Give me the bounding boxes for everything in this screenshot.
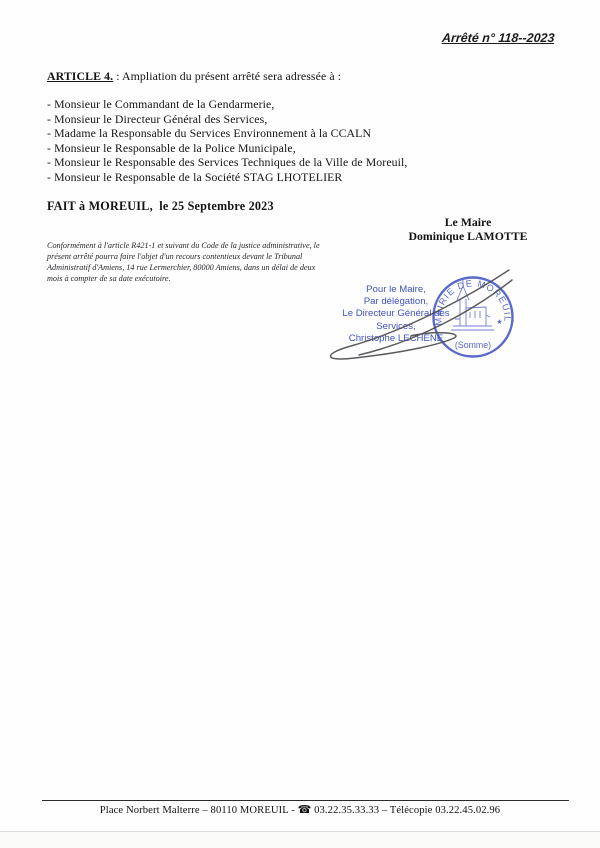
scan-bottom-band xyxy=(0,832,600,848)
legal-line: Conformément à l'article R421-1 et suiva… xyxy=(47,241,347,252)
article-4-intro: : Ampliation du présent arrêté sera adre… xyxy=(113,69,341,83)
footer-phone-fax: 03.22.35.33.33 – Télécopie 03.22.45.02.9… xyxy=(311,805,500,816)
legal-notice: Conformément à l'article R421-1 et suiva… xyxy=(47,241,347,285)
footer-divider xyxy=(42,800,569,801)
article-4-label: ARTICLE 4. xyxy=(47,69,113,83)
footer-address-line: Place Norbert Malterre – 80110 MOREUIL -… xyxy=(0,803,600,816)
phone-icon: ☎ xyxy=(298,804,312,816)
document-page: Arrêté n° 118--2023 ARTICLE 4. : Ampliat… xyxy=(0,0,600,848)
arrete-number: Arrêté n° 118--2023 xyxy=(441,31,554,45)
recipient-item: - Monsieur le Directeur Général des Serv… xyxy=(47,112,407,127)
handwritten-signature xyxy=(323,256,538,371)
recipient-item: - Madame la Responsable du Services Envi… xyxy=(47,126,407,141)
recipient-item: - Monsieur le Responsable des Services T… xyxy=(47,155,407,170)
fait-a-moreuil-line: FAIT à MOREUIL, le 25 Septembre 2023 xyxy=(47,199,274,214)
footer-address: Place Norbert Malterre – 80110 MOREUIL - xyxy=(100,805,298,816)
recipient-item: - Monsieur le Responsable de la Police M… xyxy=(47,141,407,156)
recipients-list: - Monsieur le Commandant de la Gendarmer… xyxy=(47,97,407,184)
legal-line: Administratif d'Amiens, 14 rue Lermerchi… xyxy=(47,263,347,274)
legal-line: présent arrêté pourra faire l'objet d'un… xyxy=(47,252,347,263)
mayor-title: Le Maire xyxy=(398,215,538,229)
mayor-signature-block: Le Maire Dominique LAMOTTE xyxy=(398,215,538,243)
mayor-name: Dominique LAMOTTE xyxy=(398,229,538,243)
article-4-heading: ARTICLE 4. : Ampliation du présent arrêt… xyxy=(47,69,341,84)
recipient-item: - Monsieur le Responsable de la Société … xyxy=(47,170,407,185)
recipient-item: - Monsieur le Commandant de la Gendarmer… xyxy=(47,97,407,112)
legal-line: mois à compter de sa date exécutoire. xyxy=(47,274,347,285)
